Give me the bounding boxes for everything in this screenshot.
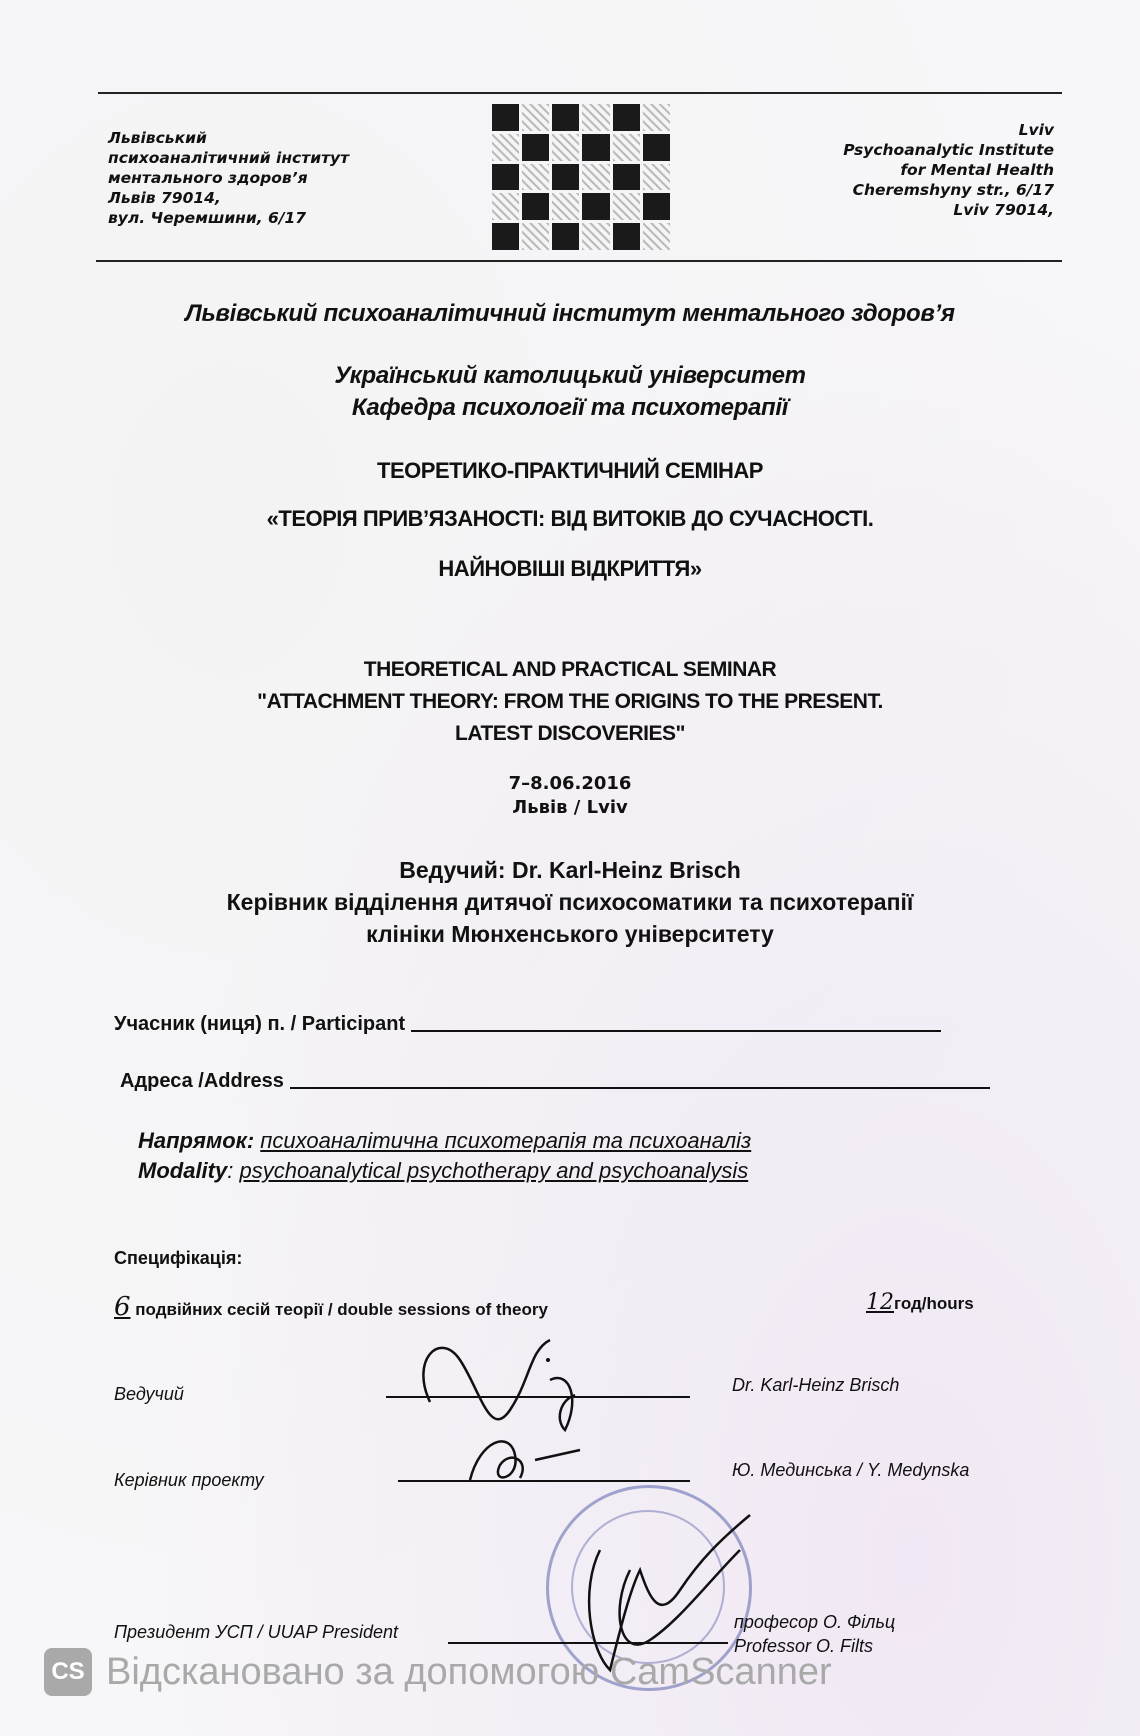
signature-role-president: Президент УСП / UUAP President: [114, 1622, 398, 1643]
seminar-date-place: 7–8.06.2016 Львів / Lviv: [0, 772, 1140, 820]
sessions-text: подвійних сесій теорії / double sessions…: [135, 1300, 548, 1319]
modality-ua-label: Напрямок:: [138, 1128, 254, 1153]
seminar-dates: 7–8.06.2016: [0, 772, 1140, 796]
address-ua-line: вул. Черемшини, 6/17: [108, 208, 349, 228]
president-name-ua: професор О. Фільц: [734, 1610, 895, 1634]
modality-en-value: psychoanalytical psychotherapy and psych…: [239, 1158, 748, 1183]
signature-name-lead: Dr. Karl-Heinz Brisch: [732, 1375, 899, 1396]
seminar-en-block: THEORETICAL AND PRACTICAL SEMINAR "ATTAC…: [0, 654, 1140, 750]
specification-label: Специфікація:: [114, 1248, 242, 1269]
lead-block: Ведучий: Dr. Karl-Heinz Brisch Керівник …: [0, 854, 1140, 950]
address-en-line: Lviv: [843, 120, 1054, 140]
letterhead-address-en: Lviv Psychoanalytic Institute for Mental…: [843, 120, 1054, 220]
seminar-title-en-line1: "ATTACHMENT THEORY: FROM THE ORIGINS TO …: [0, 686, 1140, 718]
university-block: Український католицький університет Кафе…: [0, 360, 1140, 424]
hours-text: год/hours: [894, 1294, 974, 1313]
address-input-line[interactable]: [290, 1087, 990, 1089]
letterhead-top-rule: [98, 92, 1062, 94]
address-field: Адреса /Address: [120, 1070, 990, 1093]
participant-label: Учасник (ниця) п. / Participant: [114, 1013, 405, 1036]
modality-en: Modality: psychoanalytical psychotherapy…: [138, 1156, 751, 1186]
address-en-line: Psychoanalytic Institute: [843, 140, 1054, 160]
signature-role-lead: Ведучий: [114, 1384, 184, 1405]
lead-name: Ведучий: Dr. Karl-Heinz Brisch: [0, 854, 1140, 886]
seminar-type-en: THEORETICAL AND PRACTICAL SEMINAR: [0, 654, 1140, 686]
letterhead-bottom-rule: [96, 260, 1062, 262]
address-en-line: Lviv 79014,: [843, 200, 1054, 220]
institute-logo-icon: [492, 104, 670, 250]
modality-en-label: Modality: [138, 1158, 227, 1183]
signature-line-lead: [386, 1396, 690, 1398]
department-name: Кафедра психології та психотерапії: [0, 392, 1140, 424]
signature-line-project-head: [398, 1480, 690, 1482]
camscanner-logo-icon: CS: [44, 1648, 92, 1696]
modality-ua-value: психоаналітична психотерапія та психоана…: [260, 1128, 751, 1153]
seminar-title-ua-line2: НАЙНОВІШІ ВІДКРИТТЯ»: [0, 556, 1140, 582]
address-label: Адреса /Address: [120, 1070, 284, 1093]
modality-ua: Напрямок: психоаналітична психотерапія т…: [138, 1126, 751, 1156]
address-ua-line: Львів 79014,: [108, 188, 349, 208]
hours-count: 12: [866, 1290, 894, 1315]
address-ua-line: ментального здоров’я: [108, 168, 349, 188]
modality-block: Напрямок: психоаналітична психотерапія т…: [138, 1126, 751, 1186]
sessions-count: 6: [114, 1292, 131, 1322]
sessions-row: 6 подвійних сесій теорії / double sessio…: [114, 1292, 548, 1322]
hours-row: 12год/hours: [866, 1290, 974, 1315]
signature-role-project-head: Керівник проекту: [114, 1470, 264, 1491]
participant-input-line[interactable]: [411, 1030, 941, 1032]
institute-name: Львівський психоаналітичний інститут мен…: [0, 300, 1140, 328]
letterhead-address-ua: Львівський психоаналітичний інститут мен…: [108, 128, 349, 228]
camscanner-watermark: CS Відскановано за допомогою CamScanner: [44, 1648, 832, 1696]
signature-line-president: [448, 1642, 728, 1644]
address-en-line: for Mental Health: [843, 160, 1054, 180]
address-en-line: Cheremshyny str., 6/17: [843, 180, 1054, 200]
lead-clinic: клініки Мюнхенського університету: [0, 918, 1140, 950]
signature-name-project-head: Ю. Мединська / Y. Medynska: [732, 1460, 969, 1481]
university-name: Український католицький університет: [0, 360, 1140, 392]
address-ua-line: Львівський: [108, 128, 349, 148]
address-ua-line: психоаналітичний інститут: [108, 148, 349, 168]
participant-field: Учасник (ниця) п. / Participant: [114, 1013, 941, 1036]
lead-position: Керівник відділення дитячої психосоматик…: [0, 886, 1140, 918]
watermark-text: Відскановано за допомогою CamScanner: [106, 1651, 832, 1694]
seminar-type-ua: ТЕОРЕТИКО-ПРАКТИЧНИЙ СЕМІНАР: [0, 458, 1140, 484]
signature-scribble-icon: [400, 1330, 630, 1440]
seminar-title-en-line2: LATEST DISCOVERIES": [0, 718, 1140, 750]
seminar-title-ua-line1: «ТЕОРІЯ ПРИВ’ЯЗАНОСТІ: ВІД ВИТОКІВ ДО СУ…: [0, 506, 1140, 532]
seminar-place: Львів / Lviv: [0, 796, 1140, 820]
